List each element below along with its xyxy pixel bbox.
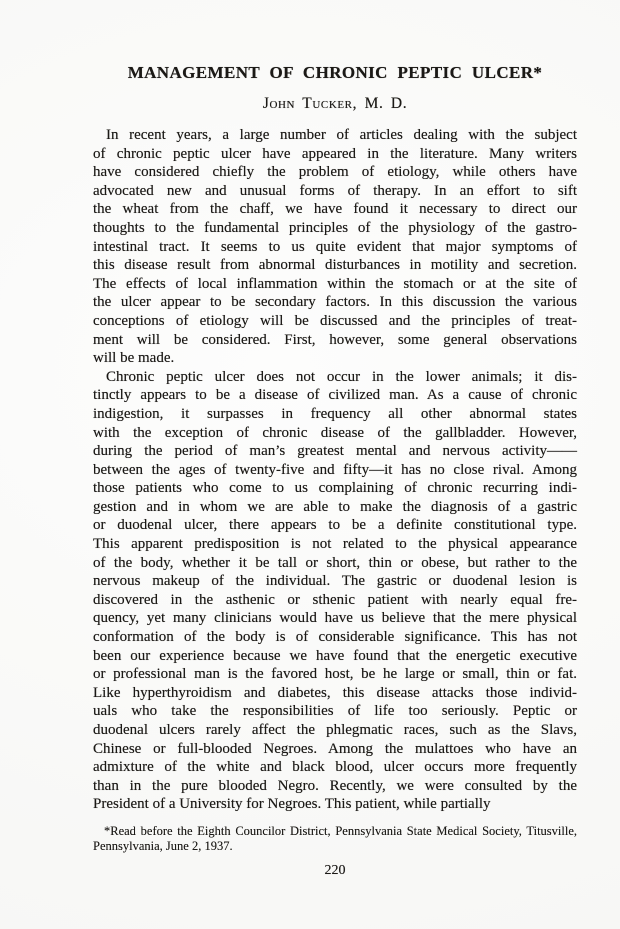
- text-line: duodenal ulcers rarely affect the phlegm…: [93, 721, 577, 740]
- text-line: The effects of local inflammation within…: [93, 275, 577, 294]
- text-line: the ulcer appear to be secondary factors…: [93, 293, 577, 312]
- text-line: Chinese or full-blooded Negroes. Among t…: [93, 740, 577, 759]
- text-line: those patients who come to us complainin…: [93, 479, 577, 498]
- text-line: nervous makeup of the individual. The ga…: [93, 572, 577, 591]
- article-title: MANAGEMENT OF CHRONIC PEPTIC ULCER*: [93, 62, 577, 84]
- text-line: *Read before the Eighth Councilor Distri…: [93, 824, 577, 840]
- text-line: during the period of man’s greatest ment…: [93, 442, 577, 461]
- text-line: this disease result from abnormal distur…: [93, 256, 577, 275]
- text-line: of the body, whether it be tall or short…: [93, 554, 577, 573]
- page-number: 220: [93, 862, 577, 880]
- text-line: with the exception of chronic disease of…: [93, 424, 577, 443]
- article-body: In recent years, a large number of artic…: [93, 126, 577, 814]
- text-line: ment will be considered. First, however,…: [93, 331, 577, 350]
- paragraph-2: Chronic peptic ulcer does not occur in t…: [93, 368, 577, 814]
- text-line: intestinal tract. It seems to us quite e…: [93, 238, 577, 257]
- author-byline: John Tucker, M. D.: [93, 94, 577, 114]
- text-line: advocated new and unusual forms of thera…: [93, 182, 577, 201]
- text-line: Like hyperthyroidism and diabetes, this …: [93, 684, 577, 703]
- text-line: tinctly appears to be a disease of civil…: [93, 386, 577, 405]
- text-line: uals who take the responsibilities of li…: [93, 702, 577, 721]
- text-line: have considered chiefly the problem of e…: [93, 163, 577, 182]
- text-line: been our experience because we have foun…: [93, 647, 577, 666]
- text-line: will be made.: [93, 349, 577, 368]
- scanned-article-page: MANAGEMENT OF CHRONIC PEPTIC ULCER* John…: [0, 0, 620, 929]
- paragraph-1: In recent years, a large number of artic…: [93, 126, 577, 368]
- text-line: quency, yet many clinicians would have u…: [93, 609, 577, 628]
- text-line: conceptions of etiology will be discusse…: [93, 312, 577, 331]
- text-line: of chronic peptic ulcer have appeared in…: [93, 145, 577, 164]
- text-line: gestion and in whom we are able to make …: [93, 498, 577, 517]
- text-line: Pennsylvania, June 2, 1937.: [93, 839, 577, 855]
- text-line: admixture of the white and black blood, …: [93, 758, 577, 777]
- text-line: conformation of the body is of considera…: [93, 628, 577, 647]
- text-line: In recent years, a large number of artic…: [93, 126, 577, 145]
- text-line: between the ages of twenty-five and fift…: [93, 461, 577, 480]
- text-line: discovered in the asthenic or sthenic pa…: [93, 591, 577, 610]
- text-line: or professional man is the favored host,…: [93, 665, 577, 684]
- text-line: thoughts to the fundamental principles o…: [93, 219, 577, 238]
- text-line: than in the pure blooded Negro. Recently…: [93, 777, 577, 796]
- text-line: This apparent predisposition is not rela…: [93, 535, 577, 554]
- text-line: President of a University for Negroes. T…: [93, 795, 577, 814]
- text-column: MANAGEMENT OF CHRONIC PEPTIC ULCER* John…: [93, 0, 577, 880]
- footnote: *Read before the Eighth Councilor Distri…: [93, 824, 577, 855]
- text-line: indigestion, it surpasses in frequency a…: [93, 405, 577, 424]
- text-line: the wheat from the chaff, we have found …: [93, 200, 577, 219]
- text-line: Chronic peptic ulcer does not occur in t…: [93, 368, 577, 387]
- text-line: or duodenal ulcer, there appears to be a…: [93, 516, 577, 535]
